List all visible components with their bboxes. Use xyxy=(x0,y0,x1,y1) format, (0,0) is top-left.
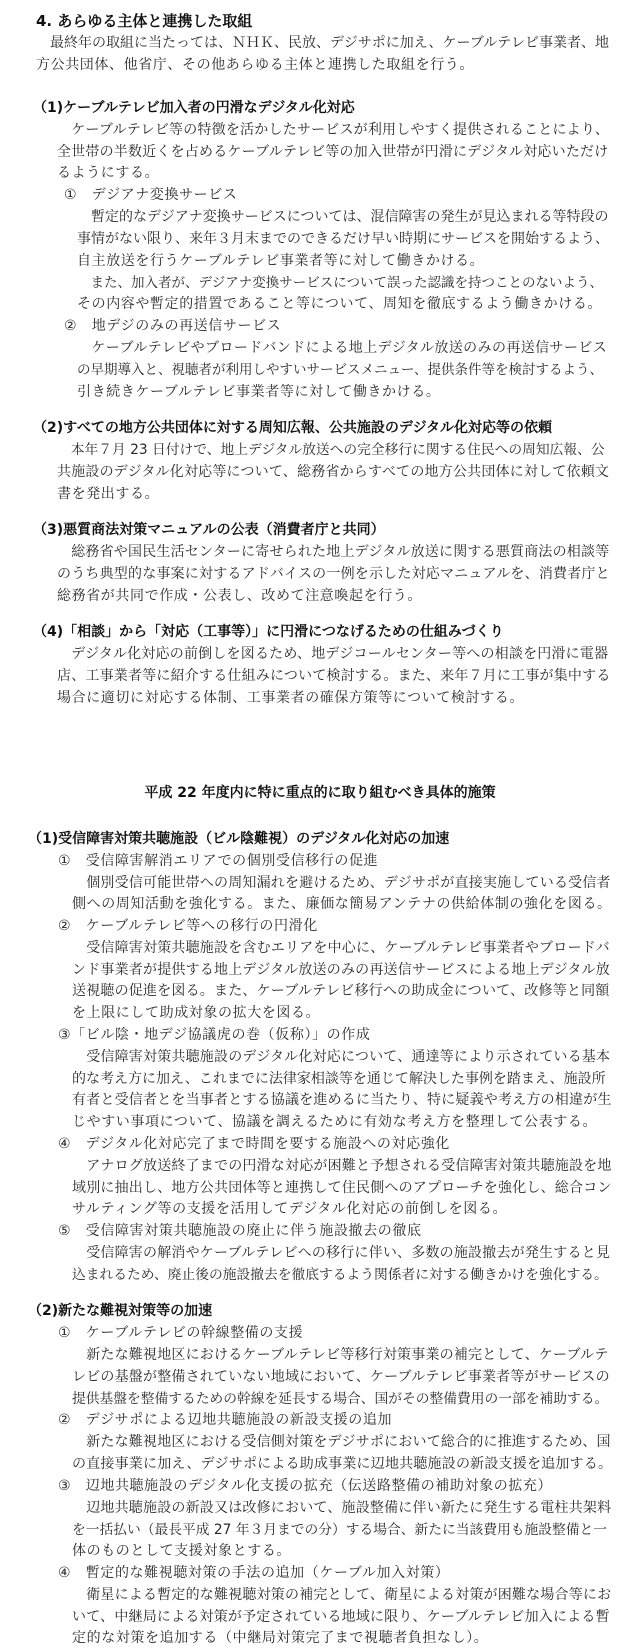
paragraph-line: 衛星による暫定的な難視聴対策の補完として、衛星による対策が困難な場合等にお xyxy=(72,1585,611,1605)
item-heading: ② ケーブルテレビ等への移行の円滑化 xyxy=(58,916,318,936)
paragraph-line: 有者と受信者とを当事者とする協議を進めるに当たり、特に疑義や考え方の相違が生 xyxy=(72,1090,612,1110)
paragraph-line: るようにする。 xyxy=(57,163,159,183)
paragraph-line: の直接事業に加え、デジサポによる助成事業に辺地共聴施設の新設支援を追加する。 xyxy=(72,1454,612,1474)
paragraph-line: の早期導入と、視聴者が利用しやすいサービスメニュー、提供条件等を検討するよう、 xyxy=(77,360,603,380)
paragraph-line: アナログ放送終了までの円滑な対応が困難と予想される受信障害対策共聴施設を地 xyxy=(72,1156,612,1176)
item-heading: ② デジサポによる辺地共聴施設の新設支援の追加 xyxy=(58,1410,392,1430)
item-heading: ① ケーブルテレビの幹線整備の支援 xyxy=(58,1323,303,1343)
item-heading: ③「ビル陰・地デジ協議虎の巻（仮称）」の作成 xyxy=(58,1025,370,1045)
section-heading: 4. あらゆる主体と連携した取組 xyxy=(36,11,252,31)
paragraph-line: ケーブルテレビやブロードバンドによる地上デジタル放送のみの再送信サービス xyxy=(77,338,607,358)
paragraph-line: のうち典型的な事案に対するアドバイスの一例を示した対応マニュアルを、消費者庁と xyxy=(57,564,610,584)
subsection-heading: （1)ケーブルテレビ加入者の円滑なデジタル化対応 xyxy=(33,98,355,118)
paragraph-line: 全世帯の半数近くを占めるケーブルテレビ等の加入世帯が円滑にデジタル対応いただけ xyxy=(57,142,608,162)
paragraph-line: 体のものとして支援対象とする。 xyxy=(72,1541,291,1561)
paragraph-line: 受信障害の解消やケーブルテレビへの移行に伴い、多数の施設撤去が発生すると見 xyxy=(72,1243,610,1263)
paragraph-line: 暫定的なデジアナ変換サービスについては、混信障害の発生が見込まれる等特段の xyxy=(77,207,608,227)
subsection-heading: （2)すべての地方公共団体に対する周知広報、公共施設のデジタル化対応等の依頼 xyxy=(33,418,552,438)
item-heading: ⑤ 受信障害対策共聴施設の廃止に伴う施設撤去の徹底 xyxy=(58,1221,422,1241)
paragraph-line: いて、中継局による対策が予定されている地域に限り、ケーブルテレビ加入による暫 xyxy=(72,1607,610,1627)
paragraph-line: 事情がない限り、来年３月末までのできるだけ早い時期にサービスを開始するよう、 xyxy=(77,229,609,249)
item-heading: ② 地デジのみの再送信サービス xyxy=(64,316,281,336)
paragraph-line: ケーブルテレビ等の特徴を活かしたサービスが利用しやすく提供されることにより、 xyxy=(57,120,609,140)
paragraph-line: サルティング等の支援を活用してデジタル化対応の前倒しを図る。 xyxy=(72,1199,507,1219)
paragraph-line: 本年７月 23 日付けで、地上デジタル放送への完全移行に関する住民への周知広報、… xyxy=(57,440,605,460)
paragraph-line: 店、工事業者等に紹介する仕組みについて検討する。また、来年７月に工事が集中する xyxy=(57,666,611,686)
paragraph-line: ンド事業者が提供する地上デジタル放送のみの再送信サービスによる地上デジタル放 xyxy=(72,960,610,980)
paragraph-line: 最終年の取組に当たっては、ＮＨＫ、民放、デジサポに加え、ケーブルテレビ事業者、地 xyxy=(36,33,609,53)
paragraph-line: 新たな難視地区におけるケーブルテレビ等移行対策事業の補完として、ケーブルテ xyxy=(72,1345,609,1365)
paragraph-line: 辺地共聴施設の新設又は改修において、施設整備に伴い新たに発生する電柱共架料 xyxy=(72,1498,611,1518)
paragraph-line: 受信障害対策共聴施設のデジタル化対応について、通達等により示されている基本 xyxy=(72,1047,610,1067)
paragraph-line: 送視聴の促進を図る。また、ケーブルテレビ移行への助成金について、改修等と同額 xyxy=(72,981,610,1001)
paragraph-line: 個別受信可能世帯への周知漏れを避けるため、デジサポが直接実施している受信者 xyxy=(72,873,611,893)
page-title: 平成 22 年度内に特に重点的に取り組むべき具体的施策 xyxy=(0,783,640,803)
paragraph-line: 共施設のデジタル化対応等について、総務省からすべての地方公共団体に対して依頼文 xyxy=(57,462,609,482)
item-heading: ① 受信障害解消エリアでの個別受信移行の促進 xyxy=(58,851,378,871)
paragraph-line: また、加入者が、デジアナ変換サービスについて誤った認識を持つことのないよう、 xyxy=(77,273,603,293)
paragraph-line: 自主放送を行うケーブルテレビ事業者等に対して働きかける。 xyxy=(77,251,484,271)
item-heading: ④ 暫定的な難視聴対策の手法の追加（ケーブル加入対策） xyxy=(58,1563,450,1583)
paragraph-line: 側への周知活動を強化する。また、廉価な簡易アンテナの供給体制の強化を図る。 xyxy=(72,894,612,914)
subsection-heading: （2)新たな難視対策等の加速 xyxy=(28,1301,212,1321)
paragraph-line: 場合に適切に対応する体制、工事業者の確保方策等について検討する。 xyxy=(57,688,524,708)
subsection-heading: （4)「相談」から「対応（工事等）」に円滑につなげるための仕組みづくり xyxy=(33,622,504,642)
paragraph-line: デジタル化対応の前倒しを図るため、地デジコールセンター等への相談を円滑に電器 xyxy=(57,644,608,664)
paragraph-line: じやすい事項について、協議を調えるために有効な考え方を整理して公表する。 xyxy=(72,1112,597,1132)
paragraph-line: 的な考え方に加え、これまでに法律家相談等を通じて解決した事例を踏まえ、施設所 xyxy=(72,1069,606,1089)
paragraph-line: 新たな難視地区における受信側対策をデジサポにおいて総合的に推進するため、国 xyxy=(72,1432,611,1452)
item-heading: ③ 辺地共聴施設のデジタル化支援の拡充（伝送路整備の補助対象の拡充） xyxy=(58,1476,552,1496)
paragraph-line: 込まれるため、廃止後の施設撤去を徹底するよう関係者に対する働きかけを強化する。 xyxy=(72,1265,608,1285)
paragraph-line: 定的な対策を追加する（中継局対策完了まで視聴者負担なし）。 xyxy=(72,1628,488,1648)
item-heading: ④ デジタル化対応完了まで時間を要する施設への対応強化 xyxy=(58,1134,450,1154)
paragraph-line: 方公共団体、他省庁、その他あらゆる主体と連携した取組を行う。 xyxy=(36,55,474,75)
paragraph-line: 受信障害対策共聴施設を含むエリアを中心に、ケーブルテレビ事業者やブロードバ xyxy=(72,938,610,958)
item-heading: ① デジアナ変換サービス xyxy=(64,185,237,205)
paragraph-line: 引き続きケーブルテレビ事業者等に対して働きかける。 xyxy=(77,382,440,402)
paragraph-line: を上限にして助成対象の拡大を図る。 xyxy=(72,1003,320,1023)
paragraph-line: レビの基盤が整備されていない地域において、ケーブルテレビ事業者等がサービスの xyxy=(72,1367,610,1387)
paragraph-line: 総務省が共同で作成・公表し、改めて注意喚起を行う。 xyxy=(57,586,422,606)
subsection-heading: （1)受信障害対策共聴施設（ビル陰難視）のデジタル化対応の加速 xyxy=(28,829,449,849)
paragraph-line: 提供基盤を整備するための幹線を延長する場合、国がその整備費用の一部を補助する。 xyxy=(72,1389,608,1409)
paragraph-line: 総務省や国民生活センターに寄せられた地上デジタル放送に関する悪質商法の相談等 xyxy=(57,542,609,562)
paragraph-line: 書を発出する。 xyxy=(57,484,159,504)
paragraph-line: その内容や暫定的措置であること等について、周知を徹底するよう働きかける。 xyxy=(77,294,602,314)
paragraph-line: を一括払い（最長平成 27 年３月までの分）する場合、新たに当該費用も施設整備と… xyxy=(72,1520,607,1540)
subsection-heading: （3)悪質商法対策マニュアルの公表（消費者庁と共同） xyxy=(33,520,385,540)
paragraph-line: 域別に抽出し、地方公共団体等と連携して住民側へのアプローチを強化し、総合コン xyxy=(72,1178,612,1198)
